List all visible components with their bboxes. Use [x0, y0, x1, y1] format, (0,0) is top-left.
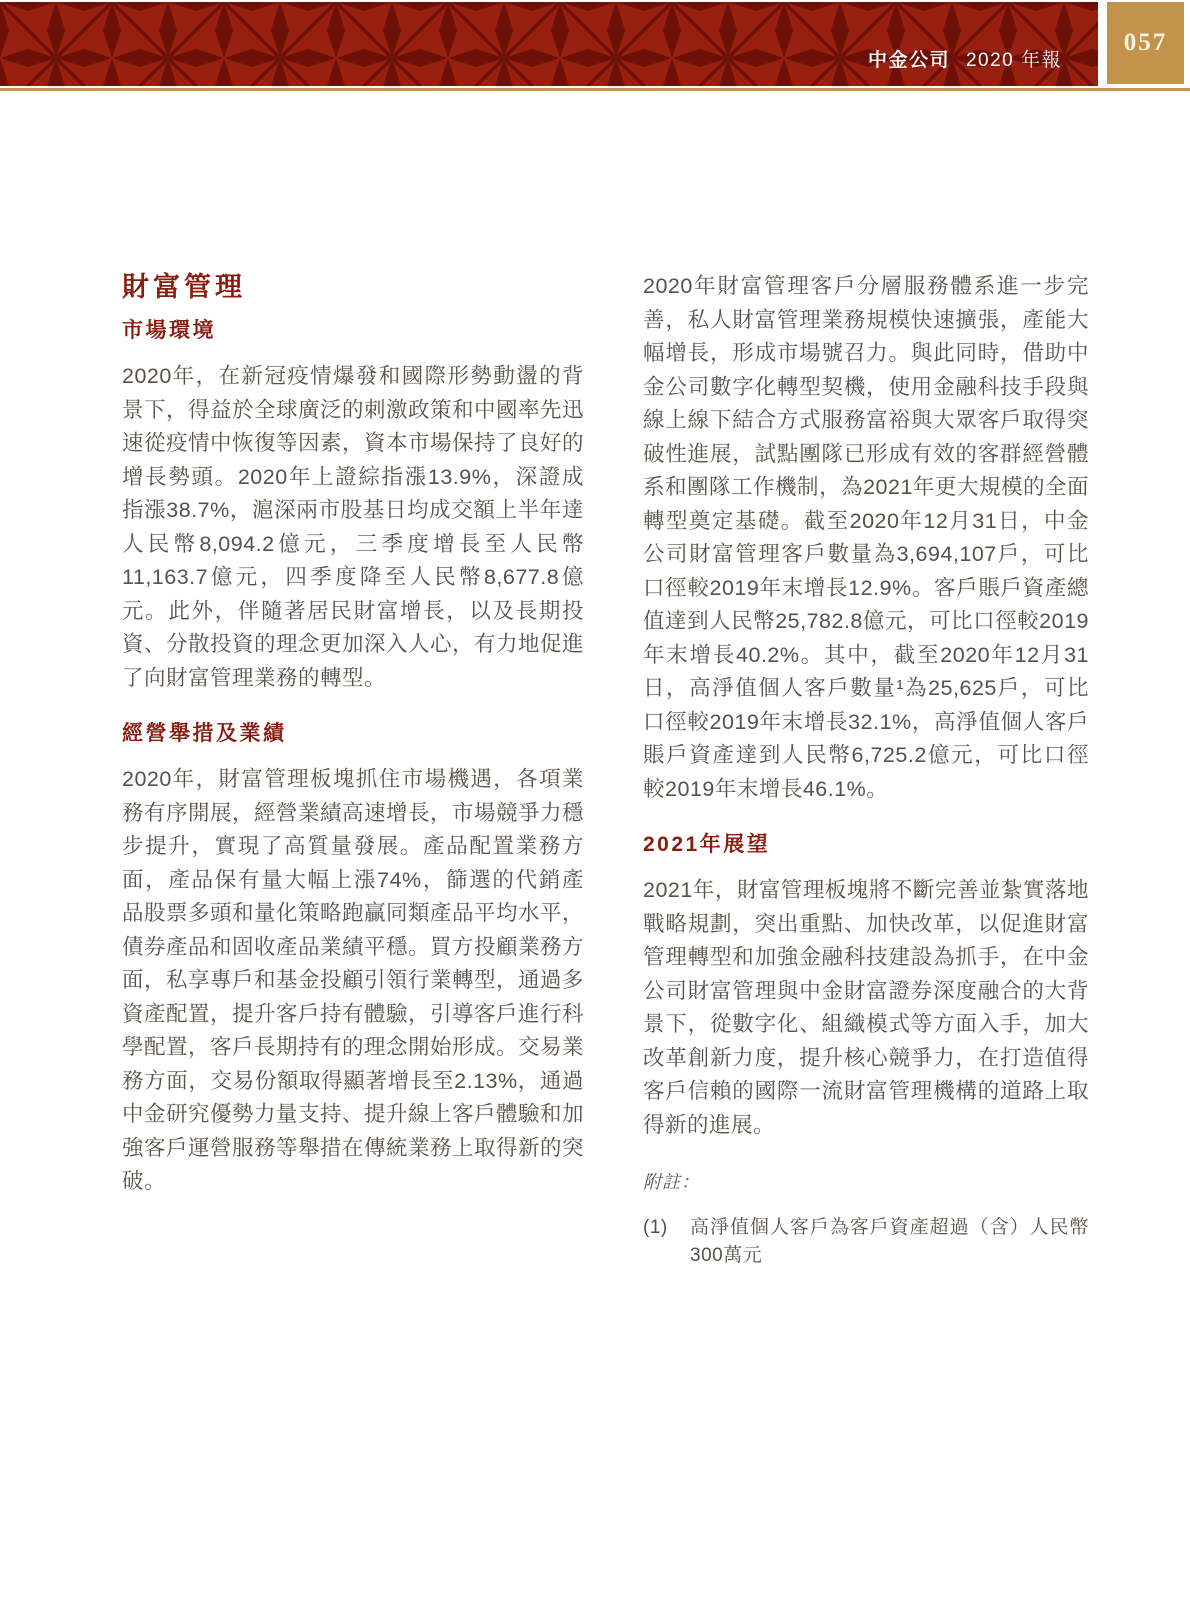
footnote-marker: (1): [643, 1214, 690, 1270]
header-title: 中金公司2020 年報: [868, 45, 1062, 72]
paragraph-wealth-clients: 2020年財富管理客戶分層服務體系進一步完善，私人財富管理業務規模快速擴張，產能…: [643, 270, 1089, 806]
notes-label: 附註：: [643, 1168, 1089, 1194]
footnote-item: (1) 高淨值個人客戶為客戶資產超過（含）人民幣300萬元: [643, 1214, 1089, 1270]
header-company-name: 中金公司: [868, 50, 950, 71]
footnote-text: 高淨值個人客戶為客戶資產超過（含）人民幣300萬元: [690, 1214, 1089, 1270]
section-heading-2021-outlook: 2021年展望: [643, 832, 1089, 858]
wealth-management-title: 財富管理: [122, 270, 584, 304]
right-column: 2020年財富管理客戶分層服務體系進一步完善，私人財富管理業務規模快速擴張，產能…: [643, 270, 1089, 1270]
paragraph-market-environment: 2020年，在新冠疫情爆發和國際形勢動盪的背景下，得益於全球廣泛的刺激政策和中國…: [122, 360, 584, 695]
header-report-title: 2020 年報: [966, 50, 1062, 71]
section-heading-market-environment: 市場環境: [122, 318, 584, 344]
annual-report-header-band: 中金公司2020 年報: [0, 2, 1098, 86]
page-number-badge: 057: [1107, 2, 1184, 84]
paragraph-operations-results: 2020年，財富管理板塊抓住市場機遇，各項業務有序開展，經營業績高速增長，市場競…: [122, 763, 584, 1199]
gold-divider-rule: [0, 88, 1190, 91]
left-column: 財富管理 市場環境 2020年，在新冠疫情爆發和國際形勢動盪的背景下，得益於全球…: [122, 270, 584, 1225]
section-heading-operations-results: 經營舉措及業績: [122, 721, 584, 747]
page-number: 057: [1124, 29, 1168, 57]
paragraph-2021-outlook: 2021年，財富管理板塊將不斷完善並紮實落地戰略規劃，突出重點、加快改革，以促進…: [643, 874, 1089, 1142]
asanoha-pattern-icon: [0, 2, 1098, 86]
